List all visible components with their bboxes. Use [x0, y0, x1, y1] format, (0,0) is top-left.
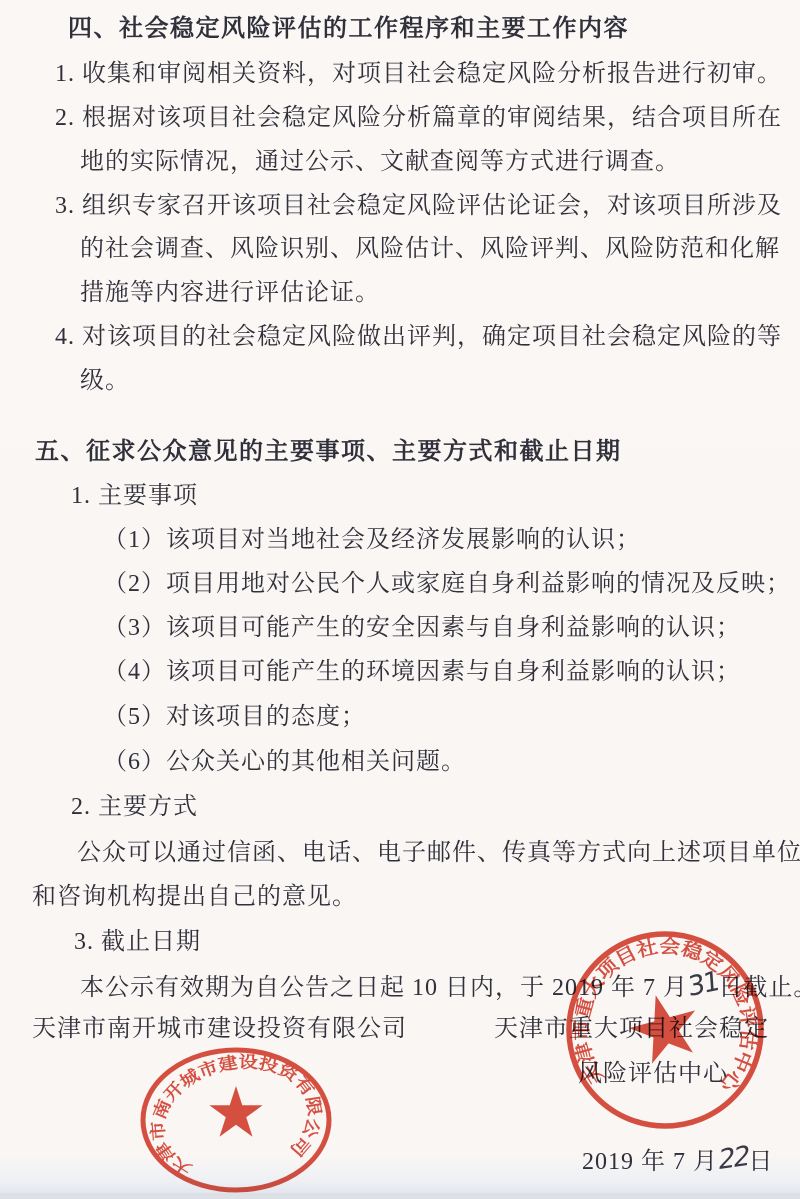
matter-item-3: （3）该项目可能产生的安全因素与自身利益影响的认识；	[103, 613, 741, 643]
left-company-seal: 天津市南开城市建设投资有限公司	[138, 1045, 334, 1195]
matter-item-4: （4）该项目可能产生的环境因素与自身利益影响的认识；	[103, 657, 741, 687]
section4-item1: 1. 收集和审阅相关资料，对项目社会稳定风险分析报告进行初审。	[55, 59, 782, 89]
star-icon	[209, 1086, 262, 1137]
date-suffix: 日	[748, 1149, 773, 1175]
matter-item-6: （6）公众关心的其他相关问题。	[103, 747, 466, 777]
method-line2: 和咨询机构提出自己的意见。	[32, 882, 357, 912]
left-company-seal-graphic: 天津市南开城市建设投资有限公司	[138, 1045, 334, 1195]
date-prefix: 2019 年 7 月	[582, 1149, 718, 1175]
section4-item3-line3: 措施等内容进行评估论证。	[80, 278, 380, 308]
section5-sub1-heading: 1. 主要事项	[71, 481, 198, 511]
right-center-seal-graphic: 天津市重大项目社会稳定风险评估中心	[564, 929, 766, 1131]
section4-item4-line1: 4. 对该项目的社会稳定风险做出评判，确定项目社会稳定风险的等	[55, 322, 782, 352]
left-org-name: 天津市南开城市建设投资有限公司	[32, 1014, 407, 1044]
scanned-notice-page: 四、社会稳定风险评估的工作程序和主要工作内容 1. 收集和审阅相关资料，对项目社…	[0, 0, 800, 1199]
date-day-handwritten: 22	[717, 1141, 750, 1176]
section5-sub3-heading: 3. 截止日期	[74, 927, 201, 957]
matter-item-1: （1）该项目对当地社会及经济发展影响的认识；	[103, 525, 641, 555]
right-center-seal: 天津市重大项目社会稳定风险评估中心	[564, 929, 766, 1131]
date-line: 2019 年 7 月22日	[582, 1146, 773, 1177]
section5-heading: 五、征求公众意见的主要事项、主要方式和截止日期	[35, 437, 622, 467]
matter-item-2: （2）项目用地对公民个人或家庭自身利益影响的情况及反映；	[103, 569, 791, 599]
section4-item2-line1: 2. 根据对该项目社会稳定风险分析篇章的审阅结果，结合项目所在	[55, 103, 782, 133]
section5-sub2-heading: 2. 主要方式	[71, 792, 198, 822]
section4-item2-line2: 地的实际情况，通过公示、文献查阅等方式进行调查。	[80, 147, 680, 177]
section4-item3-line2: 的社会调查、风险识别、风险估计、风险评判、风险防范和化解	[80, 234, 780, 264]
section4-heading: 四、社会稳定风险评估的工作程序和主要工作内容	[68, 14, 629, 44]
method-line1: 公众可以通过信函、电话、电子邮件、传真等方式向上述项目单位	[77, 838, 800, 868]
scanner-edge-band	[0, 1193, 800, 1199]
section4-item4-line2: 级。	[80, 366, 130, 396]
matter-item-5: （5）对该项目的态度；	[103, 702, 366, 732]
section4-item3-line1: 3. 组织专家召开该项目社会稳定风险评估论证会，对该项目所涉及	[55, 191, 782, 221]
star-icon	[623, 986, 706, 1067]
